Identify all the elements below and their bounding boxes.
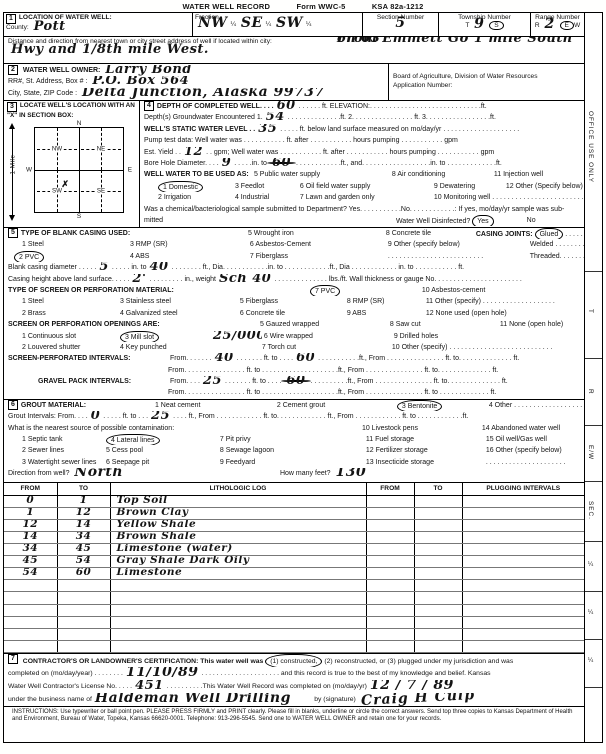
openings-row-1: SCREEN OR PERFORATION OPENINGS ARE: 5 Ga…	[4, 319, 584, 330]
township-direction-circled: S	[489, 21, 503, 30]
cell-from: 45	[19, 556, 41, 567]
gravel-pack-line-2: From. . . . . . . . . . . . . . . . ft. …	[4, 387, 584, 398]
direction-line: Direction from well? North How many feet…	[4, 468, 584, 482]
side-tick	[585, 591, 602, 592]
option-other-casing: 9 Other (specify below)	[388, 239, 528, 250]
cell-from: 0	[23, 495, 37, 506]
option-cement-grout: 2 Cement grout	[277, 400, 395, 411]
section-3-number: 3	[7, 102, 17, 112]
casing-diameter-value: 5	[96, 262, 112, 273]
gpi-from: From. . . .	[170, 378, 200, 385]
side-margin: OFFICE USE ONLY T R E/W SEC. ¼ ¼ ¼	[584, 13, 602, 742]
side-label-q2: ¼	[587, 609, 594, 617]
compass-e: E	[128, 167, 132, 174]
quadrant-ne-label: NE	[95, 146, 108, 153]
owner-line: 2 WATER WELL OWNER: Larry Bond	[4, 65, 388, 76]
col-lithologic-log: LITHOLOGIC LOG	[110, 483, 366, 495]
use-title: WELL WATER TO BE USED AS:	[144, 169, 252, 180]
casing-diameter-rest: . . . . . . . . ft., Dia. . . . . . . . …	[172, 264, 465, 271]
casing-row-3: 2 PVC 4 ABS 7 Fiberglass . . . . . . . .…	[4, 251, 584, 262]
use-row-3: 2 Irrigation 4 Industrial 7 Lawn and gar…	[140, 192, 584, 203]
section-4-number: 4	[144, 101, 154, 111]
section-1-number: 1	[6, 14, 16, 24]
table-row	[4, 604, 584, 616]
groundwater-value: 54	[263, 112, 288, 123]
cell-from: 12	[19, 519, 41, 530]
city-colon: :	[75, 90, 77, 97]
cert-title: CONTRACTOR'S OR LANDOWNER'S CERTIFICATIO…	[23, 658, 264, 665]
bore-depth-value-circled: 60	[267, 162, 296, 164]
option-pit-privy: 7 Pit privy	[220, 434, 364, 445]
city-label: City, State, ZIP Code	[8, 90, 73, 97]
option-drilled-holes: 9 Drilled holes	[394, 333, 438, 340]
option-septic-tank: 1 Septic tank	[8, 434, 104, 445]
compass-w: W	[26, 167, 32, 174]
col-to-1: TO	[57, 483, 110, 495]
instructions-text: INSTRUCTIONS: Use typewriter or ball poi…	[12, 709, 572, 722]
casing-row-2: 1 Steel 3 RMP (SR) 6 Asbestos-Cement 9 O…	[4, 239, 584, 250]
option-other-contamination: 16 Other (specify below)	[486, 447, 562, 454]
option-oil-field-water-supply: 6 Oil field water supply	[300, 181, 432, 192]
direction-value: North	[71, 468, 126, 480]
side-tick	[585, 271, 602, 272]
depth-value: 60	[274, 101, 299, 112]
mill-slot-size-value: 25/000	[210, 331, 262, 342]
bore-to-label: . . . . .in. to	[234, 160, 267, 167]
form-number: Form WWC-5	[296, 2, 345, 11]
range-direction-circled: E	[560, 21, 574, 30]
grout-title: GROUT MATERIAL:	[21, 402, 86, 409]
option-feedlot: 3 Feedlot	[235, 181, 298, 192]
table-row	[4, 580, 584, 592]
side-label-q1: ¼	[587, 561, 594, 569]
form-header: WATER WELL RECORD Form WWC-5 KSA 82a-121…	[0, 0, 606, 11]
city-value: Delta Junction, Alaska 99737	[79, 88, 328, 99]
option-steel-casing: 1 Steel	[8, 239, 128, 250]
township-value: 9	[471, 16, 487, 32]
table-row	[4, 628, 584, 640]
signature-value: Craig H Culp	[358, 695, 478, 701]
option-stainless-steel: 3 Stainless steel	[120, 296, 238, 307]
cell-from: 54	[19, 568, 41, 579]
col-from-1: FROM	[4, 483, 57, 495]
feet-value: 130	[333, 468, 370, 480]
cell-to: 1	[77, 495, 91, 506]
groundwater-dots: . . . . . . . . . . . . . .ft. 2. . . . …	[288, 114, 496, 121]
record-completed-label: . . . . . . . . . .This Water Well Recor…	[167, 683, 367, 690]
cert-line-2: completed on (mo/day/year) . . . . . . .…	[4, 667, 584, 680]
option-irrigation: 2 Irrigation	[144, 192, 233, 203]
spi-to: . . . . . . . ft. to . . . .	[237, 355, 293, 362]
pump-test-label: Pump test data: Well water was . . . . .…	[144, 137, 458, 144]
option-gauzed-wrapped: 5 Gauzed wrapped	[260, 319, 388, 330]
option-fiberglass-casing: 7 Fiberglass	[250, 251, 386, 262]
business-name-value: Haldeman Well Drilling	[92, 693, 294, 706]
instructions-box: INSTRUCTIONS: Use typewriter or ball poi…	[4, 706, 584, 724]
spi-line2: From. . . . . . . . . . . . . . . . ft. …	[168, 367, 498, 374]
section-number-value: 5	[392, 15, 408, 31]
table-row	[4, 640, 584, 652]
static-level-value: 35	[255, 124, 280, 135]
option-cess-pool: 5 Cess pool	[106, 445, 218, 456]
gravel-pack-label: GRAVEL PACK INTERVALS:	[8, 376, 168, 387]
signature-label: by (signature)	[296, 693, 356, 706]
section-5-casing: 5TYPE OF BLANK CASING USED: 5 Wrought ir…	[4, 228, 584, 400]
address-label: RR#, St. Address, Box # :	[8, 78, 87, 85]
side-label-r: R	[587, 389, 594, 395]
side-label-ew: E/W	[587, 445, 594, 460]
cell-from: 1	[23, 507, 37, 518]
cell-to: 34	[73, 531, 95, 542]
side-label-q3: ¼	[587, 657, 594, 665]
completed-on-label: completed on (mo/day/year) . . . . . . .…	[8, 670, 123, 677]
compass-s: S	[77, 213, 81, 220]
address-line: RR#, St. Address, Box # : P.O. Box 564	[4, 76, 388, 87]
joints-glued-circled: Glued	[535, 228, 564, 239]
table-row: 1434Brown Shale	[4, 531, 584, 543]
gpi-rest: . . . . . . . . . .ft., From . . . . . .…	[311, 378, 508, 385]
quadrant-se: SE	[79, 170, 123, 212]
cell-to: 12	[73, 507, 95, 518]
county-value: Pott	[31, 19, 69, 34]
option-abs-screen: 9 ABS	[347, 308, 424, 319]
col-plugging-intervals: PLUGGING INTERVALS	[462, 483, 584, 495]
township-t: T	[465, 22, 469, 29]
owner-fields: 2 WATER WELL OWNER: Larry Bond RR#, St. …	[4, 64, 388, 100]
county-label: County:	[6, 24, 29, 31]
bore-rest: . . . . . . . . . . . .ft., and. . . . .…	[296, 160, 502, 167]
yield-line: Est. Yield . .12. . gpm; Well water was …	[140, 147, 584, 158]
option-livestock-pens: 10 Livestock pens	[362, 423, 480, 434]
scanned-water-well-record: WATER WELL RECORD Form WWC-5 KSA 82a-121…	[0, 0, 606, 754]
section-7-number: 7	[8, 654, 18, 664]
side-tick	[585, 541, 602, 542]
form-title: WATER WELL RECORD	[182, 2, 270, 11]
side-label-office-use: OFFICE USE ONLY	[587, 111, 594, 183]
option-concrete-tile-screen: 6 Concrete tile	[240, 308, 345, 319]
cell-log: Brown Clay	[114, 507, 192, 518]
casing-diameter-label: Blank casing diameter . . . . .	[8, 264, 96, 271]
grout-intervals-label: Grout Intervals: From. . . .	[8, 413, 88, 420]
option-steel-screen: 1 Steel	[8, 296, 118, 307]
joints-welded: Welded . . . . . . . . . . . . . . . .	[530, 241, 584, 248]
form-body: 1LOCATION OF WATER WELL: County: Pott Fr…	[3, 12, 603, 743]
fraction-cell: Fraction NW¼ SE¼ SW¼	[192, 13, 362, 36]
distance-row: Distance and direction from nearest town…	[4, 37, 584, 64]
option-oil-gas-well: 15 Oil well/Gas well	[486, 436, 547, 443]
section-1-location: 1LOCATION OF WATER WELL: County: Pott Fr…	[4, 13, 584, 37]
range-value: 2	[541, 16, 557, 32]
option-louvered-shutter: 2 Louvered shutter	[8, 342, 118, 353]
option-rmp-sr-screen: 8 RMP (SR)	[347, 296, 424, 307]
table-row: 01Top Soil	[4, 495, 584, 507]
cert-line-4: under the business name ofHaldeman Well …	[4, 693, 584, 706]
board-label: Board of Agriculture, Division of Water …	[393, 72, 582, 81]
grout-row-1: 6GROUT MATERIAL: 1 Neat cement 2 Cement …	[4, 400, 584, 411]
well-location-mark: ✗	[61, 180, 69, 190]
option-lateral-lines-circled: 4 Lateral lines	[106, 434, 160, 445]
static-level-label: WELL'S STATIC WATER LEVEL . .	[144, 126, 255, 133]
township-cell: Township Number T 9 S	[438, 13, 530, 36]
option-insecticide-storage: 13 Insecticide storage	[366, 457, 484, 468]
contamination-row-3: 2 Sewer lines 5 Cess pool 8 Sewage lagoo…	[4, 445, 584, 456]
option-pvc-screen-circled: 7 PVC	[310, 285, 340, 296]
option-feedyard: 9 Feedyard	[220, 457, 364, 468]
option-abs-casing: 4 ABS	[130, 251, 248, 262]
cell-log: Top Soil	[114, 495, 171, 506]
quarter-1: ¼	[231, 21, 237, 28]
table-row: 1214Yellow Shale	[4, 519, 584, 531]
option-brass: 2 Brass	[8, 308, 118, 319]
option-fertilizer-storage: 12 Fertilizer storage	[366, 445, 484, 456]
quadrant-nw-label: NW	[50, 146, 64, 153]
section-square: N S W E NW NE SW SE ✗	[34, 127, 124, 213]
cell-log: Gray Shale Dark Oily	[114, 556, 253, 567]
fraction-se: SE	[238, 15, 266, 31]
section-6-number: 6	[8, 400, 18, 410]
cell-log: Limestone (water)	[114, 544, 236, 555]
screen-material-row-2: 1 Steel 3 Stainless steel 5 Fiberglass 8…	[4, 296, 584, 307]
bore-hole-line: Bore Hole Diameter. . . .9. . . . .in. t…	[140, 158, 584, 169]
option-none-open-hole: 12 None used (open hole)	[426, 310, 507, 317]
option-seepage-pit: 6 Seepage pit	[106, 457, 218, 468]
grout-rest: . . . . ft., From . . . . . . . . . . . …	[173, 413, 468, 420]
static-level-line: WELL'S STATIC WATER LEVEL . .35. . . . .…	[140, 124, 584, 135]
static-level-rest: . . . . . ft. below land surface measure…	[280, 126, 519, 133]
fraction-sw: SW	[273, 15, 306, 31]
side-tick	[585, 358, 602, 359]
section-3-location-box: 3LOCATE WELL'S LOCATION WITH AN "X" IN S…	[4, 101, 140, 227]
joints-clamped: . . . . . Clamped . . . . . .	[565, 231, 584, 238]
option-continuous-slot: 1 Continuous slot	[8, 331, 118, 342]
cell-to: 14	[73, 519, 95, 530]
section-box-diagram: 1 Mile N S W E NW NE SW	[6, 119, 136, 223]
option-asbestos-cement-screen: 10 Asbestos-cement	[422, 287, 485, 294]
openings-row-2: 1 Continuous slot 3 Mill slot 25/000 6 W…	[4, 331, 584, 342]
sample-question: Was a chemical/bacteriological sample su…	[144, 206, 564, 213]
table-row	[4, 616, 584, 628]
table-row: 4554Gray Shale Dark Oily	[4, 556, 584, 568]
lithologic-log-table: FROM TO LITHOLOGIC LOG FROM TO PLUGGING …	[4, 483, 584, 653]
insecticide-dots: . . . . . . . . . . . . . . . . . . . . …	[486, 459, 566, 466]
casing-height-value: 2'	[129, 274, 149, 285]
option-fuel-storage: 11 Fuel storage	[366, 434, 484, 445]
quarter-3: ¼	[306, 21, 312, 28]
depth-line: 4DEPTH OF COMPLETED WELL. . . .60. . . .…	[140, 101, 584, 112]
section-3-4-block: 3LOCATE WELL'S LOCATION WITH AN "X" IN S…	[4, 101, 584, 228]
elevation-label: . . . . . . ft. ELEVATION:	[299, 103, 370, 110]
weight-value: Sch 40	[216, 274, 274, 285]
range-cell: Range Number R 2 EW	[530, 13, 584, 36]
table-row: 5460Limestone	[4, 568, 584, 580]
option-abandoned-water-well: 14 Abandoned water well	[482, 425, 560, 432]
gpi-line2: From. . . . . . . . . . . . . . . . ft. …	[168, 389, 496, 396]
mile-label: 1 Mile	[10, 154, 17, 174]
yield-value: 12	[181, 147, 206, 158]
range-r: R	[535, 22, 540, 29]
cell-log: Yellow Shale	[114, 519, 200, 530]
side-tick	[585, 687, 602, 688]
option-dewatering: 9 Dewatering	[434, 181, 504, 192]
quarter-2: ¼	[266, 21, 272, 28]
cert-line-1: 7 CONTRACTOR'S OR LANDOWNER'S CERTIFICAT…	[4, 654, 584, 667]
use-row-1: WELL WATER TO BE USED AS: 5 Public water…	[140, 169, 584, 180]
range-w: W	[574, 22, 580, 29]
option-none-open-hole-2: 11 None (open hole)	[500, 321, 563, 328]
disinfected-line: mitted Water Well Disinfected? Yes No	[140, 215, 584, 226]
county-cell: 1LOCATION OF WATER WELL: County: Pott	[4, 13, 192, 36]
cell-from: 34	[19, 544, 41, 555]
casing-diameter-to: . . . . . in. to	[112, 264, 147, 271]
record-completed-date-value: 12 / 7 / 89	[367, 680, 457, 693]
constructed-circled: (1) constructed,	[265, 654, 322, 667]
casing-height-rest: . . . . . . . . . . . . . . lbs./ft. Wal…	[274, 276, 522, 283]
casing-depth-value: 40	[147, 262, 172, 273]
quadrant-se-label: SE	[95, 188, 107, 195]
one-mile-scale: 1 Mile	[7, 123, 18, 221]
option-injection-well: 11 Injection well	[494, 169, 543, 180]
casing-diameter-line: Blank casing diameter . . . . .5. . . . …	[4, 262, 584, 273]
screen-interval-from-value: 40	[212, 353, 237, 364]
option-mill-slot-circled: 3 Mill slot	[120, 331, 159, 342]
gpi-to: . . . . . . . ft. to . . . .	[225, 378, 281, 385]
weight-label: . . . . . . . . . in., weight	[149, 276, 216, 283]
contamination-row-2: 1 Septic tank 4 Lateral lines 7 Pit priv…	[4, 434, 584, 445]
business-name-label: under the business name of	[8, 696, 92, 703]
screen-material-title: TYPE OF SCREEN OR PERFORATION MATERIAL:	[8, 285, 308, 296]
fraction-nw: NW	[195, 15, 231, 31]
option-asbestos-cement-casing: 6 Asbestos-Cement	[250, 239, 386, 250]
option-rmp-sr-casing: 3 RMP (SR)	[130, 239, 248, 250]
option-sewer-lines: 2 Sewer lines	[8, 445, 104, 456]
table-row: 112Brown Clay	[4, 507, 584, 519]
option-domestic-circled: 1 Domestic	[158, 181, 203, 192]
section-7-certification: 7 CONTRACTOR'S OR LANDOWNER'S CERTIFICAT…	[4, 653, 584, 742]
sample-mitted: mitted	[144, 215, 394, 226]
application-number-label: Application Number:	[393, 81, 582, 90]
contamination-label: What is the nearest source of possible c…	[8, 423, 360, 434]
feet-label: How many feet?	[280, 470, 331, 477]
side-tick	[585, 639, 602, 640]
option-saw-cut: 8 Saw cut	[390, 319, 498, 330]
direction-label: Direction from well?	[8, 470, 69, 477]
option-other-grout: 4 Other . . . . . . . . . . . . . . . . …	[489, 402, 584, 409]
form-statute: KSA 82a-1212	[372, 2, 424, 11]
casing-title: TYPE OF BLANK CASING USED:	[21, 230, 130, 237]
gravel-pack-to-value: 60	[281, 380, 310, 382]
screen-intervals-line-2: From. . . . . . . . . . . . . . . . ft. …	[4, 365, 584, 376]
city-line: City, State, ZIP Code : Delta Junction, …	[4, 88, 388, 99]
quadrant-nw: NW	[35, 128, 79, 170]
option-fiberglass-screen: 5 Fiberglass	[240, 296, 345, 307]
disinfected-no: No	[496, 215, 536, 226]
litho-header-row: FROM TO LITHOLOGIC LOG FROM TO PLUGGING …	[4, 483, 584, 495]
option-other-screen: 11 Other (specify) . . . . . . . . . . .…	[426, 298, 555, 305]
mile-arrow-down-icon	[9, 215, 15, 221]
option-concrete-tile-casing: 8 Concrete tile	[386, 228, 474, 239]
table-row	[4, 592, 584, 604]
screen-material-row-3: 2 Brass 4 Galvanized steel 6 Concrete ti…	[4, 308, 584, 319]
pump-test-line: Pump test data: Well water was . . . . .…	[140, 135, 584, 146]
disinfected-yes-circled: Yes	[472, 215, 493, 226]
option-wrought-iron: 5 Wrought iron	[248, 228, 384, 239]
cell-to: 45	[73, 544, 95, 555]
option-pvc-casing-circled: 2 PVC	[14, 251, 44, 262]
cert-line-3: Water Well Contractor's License No. . . …	[4, 680, 584, 693]
side-tick	[585, 425, 602, 426]
cell-from: 14	[19, 531, 41, 542]
address-value: P.O. Box 564	[89, 76, 192, 87]
table-row: 3445Limestone (water)	[4, 544, 584, 556]
section-3-title: LOCATE WELL'S LOCATION WITH AN "X" IN SE…	[7, 102, 135, 119]
option-air-conditioning: 8 Air conditioning	[392, 169, 492, 180]
gravel-pack-from-value: 25	[200, 376, 225, 387]
screen-intervals-label: SCREEN-PERFORATED INTERVALS:	[8, 353, 168, 364]
grout-to-value: 25	[148, 411, 173, 422]
section-5-number: 5	[8, 228, 18, 238]
elevation-dots: . . . . . . . . . . . . . . . . . . . . …	[370, 103, 487, 110]
option-bentonite-circled: 3 Bentonite	[397, 400, 442, 411]
form-main-column: 1LOCATION OF WATER WELL: County: Pott Fr…	[4, 13, 584, 742]
grout-intervals-line: Grout Intervals: From. . . .0. . . . . f…	[4, 411, 584, 422]
spi-from: From. . . . . . .	[170, 355, 212, 362]
license-number-value: 451	[132, 680, 167, 693]
option-monitoring-well: 10 Monitoring well . . . . . . . . . . .…	[434, 192, 584, 203]
option-industrial: 4 Industrial	[235, 192, 298, 203]
casing-row-1: 5TYPE OF BLANK CASING USED: 5 Wrought ir…	[4, 228, 584, 239]
screen-interval-to-value: 60	[293, 353, 318, 364]
option-galvanized-steel: 4 Galvanized steel	[120, 308, 238, 319]
section-2-number: 2	[8, 65, 18, 75]
option-sewage-lagoon: 8 Sewage lagoon	[220, 445, 364, 456]
quadrant-sw: SW	[35, 170, 79, 212]
side-label-t: T	[587, 309, 594, 314]
joints-threaded: Threaded. . . . . . . . . . . . . . .	[530, 253, 584, 260]
casing-height-line: Casing height above land surface. . . . …	[4, 274, 584, 285]
screen-intervals-line-1: SCREEN-PERFORATED INTERVALS: From. . . .…	[4, 353, 584, 364]
screen-material-row-1: TYPE OF SCREEN OR PERFORATION MATERIAL: …	[4, 285, 584, 296]
option-torch-cut: 7 Torch cut	[262, 342, 390, 353]
casing-height-label: Casing height above land surface. . . . …	[8, 276, 129, 283]
disinfected-label: Water Well Disinfected?	[396, 218, 470, 225]
yield-label: Est. Yield . .	[144, 149, 181, 156]
section-number-cell: Section Number 5	[362, 13, 438, 36]
section-2-title: WATER WELL OWNER:	[23, 67, 101, 74]
option-other-openings: 10 Other (specify) . . . . . . . . . . .…	[392, 344, 553, 351]
option-key-punched: 4 Key punched	[120, 342, 260, 353]
openings-title: SCREEN OR PERFORATION OPENINGS ARE:	[8, 319, 258, 330]
option-other-use: 12 Other (Specify below)	[506, 181, 583, 192]
other-casing-dots: . . . . . . . . . . . . . . . . . . . . …	[388, 251, 528, 262]
cert-rest-1: (2) reconstructed, or (3) plugged under …	[324, 658, 513, 665]
owner-value: Larry Bond	[102, 65, 195, 76]
col-from-2: FROM	[366, 483, 414, 495]
side-label-sec: SEC.	[587, 501, 594, 520]
section-4-well-details: 4DEPTH OF COMPLETED WELL. . . .60. . . .…	[140, 101, 584, 227]
cell-log: Brown Shale	[114, 531, 200, 542]
cell-to: 60	[73, 568, 95, 579]
cell-to: 54	[73, 556, 95, 567]
bore-diameter-value: 9	[219, 158, 235, 169]
sample-line: Was a chemical/bacteriological sample su…	[140, 204, 584, 215]
contamination-row-1: What is the nearest source of possible c…	[4, 423, 584, 434]
option-wire-wrapped: 6 Wire wrapped	[264, 331, 392, 342]
bore-label: Bore Hole Diameter. . . .	[144, 160, 219, 167]
option-neat-cement: 1 Neat cement	[155, 400, 275, 411]
option-public-water-supply: 5 Public water supply	[254, 169, 390, 180]
use-row-2: 1 Domestic 3 Feedlot 6 Oil field water s…	[140, 181, 584, 192]
groundwater-line: Depth(s) Groundwater Encountered 1.54. .…	[140, 112, 584, 123]
